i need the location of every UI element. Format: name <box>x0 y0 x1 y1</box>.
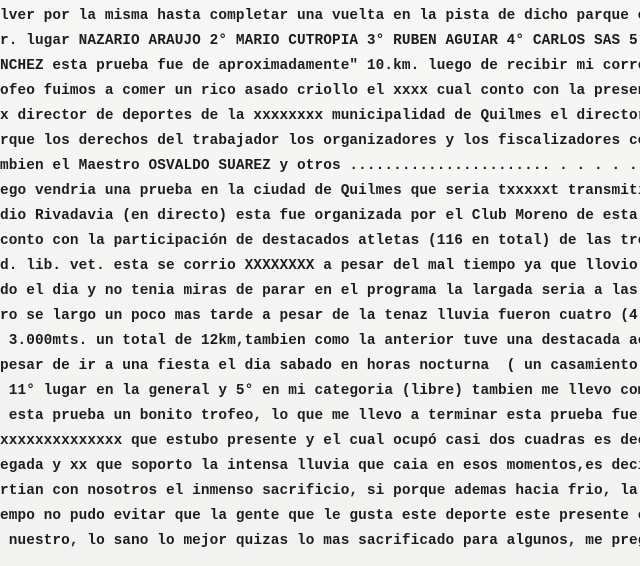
text-line-17: esta prueba un bonito trofeo, lo que me … <box>0 404 640 429</box>
text-line-5: x director de deportes de la xxxxxxxx mu… <box>0 104 640 129</box>
text-line-15: pesar de ir a una fiesta el dia sabado e… <box>0 354 640 379</box>
text-line-18: xxxxxxxxxxxxxx que estubo presente y el … <box>0 429 640 454</box>
text-line-11: d. lib. vet. esta se corrio XXXXXXXX a p… <box>0 254 640 279</box>
text-line-22: nuestro, lo sano lo mejor quizas lo mas … <box>0 529 640 554</box>
typewritten-page: lver por la misma hasta completar una vu… <box>0 0 640 566</box>
text-line-4: ofeo fuimos a comer un rico asado crioll… <box>0 79 640 104</box>
text-line-16: 11° lugar en la general y 5° en mi categ… <box>0 379 640 404</box>
text-line-3: NCHEZ esta prueba fue de aproximadamente… <box>0 54 640 79</box>
text-line-1: lver por la misma hasta completar una vu… <box>0 4 640 29</box>
text-line-12: do el dia y no tenia miras de parar en e… <box>0 279 640 304</box>
typed-text-body: lver por la misma hasta completar una vu… <box>0 4 640 554</box>
text-line-2: r. lugar NAZARIO ARAUJO 2° MARIO CUTROPI… <box>0 29 640 54</box>
text-line-19: egada y xx que soporto la intensa lluvia… <box>0 454 640 479</box>
text-line-21: empo no pudo evitar que la gente que le … <box>0 504 640 529</box>
text-line-13: ro se largo un poco mas tarde a pesar de… <box>0 304 640 329</box>
text-line-9: dio Rivadavia (en directo) esta fue orga… <box>0 204 640 229</box>
text-line-6: rque los derechos del trabajador los org… <box>0 129 640 154</box>
text-line-14: 3.000mts. un total de 12km,tambien como … <box>0 329 640 354</box>
text-line-20: rtian con nosotros el inmenso sacrificio… <box>0 479 640 504</box>
text-line-7: mbien el Maestro OSVALDO SUAREZ y otros … <box>0 154 640 179</box>
text-line-8: ego vendria una prueba en la ciudad de Q… <box>0 179 640 204</box>
text-line-10: conto con la participación de destacados… <box>0 229 640 254</box>
